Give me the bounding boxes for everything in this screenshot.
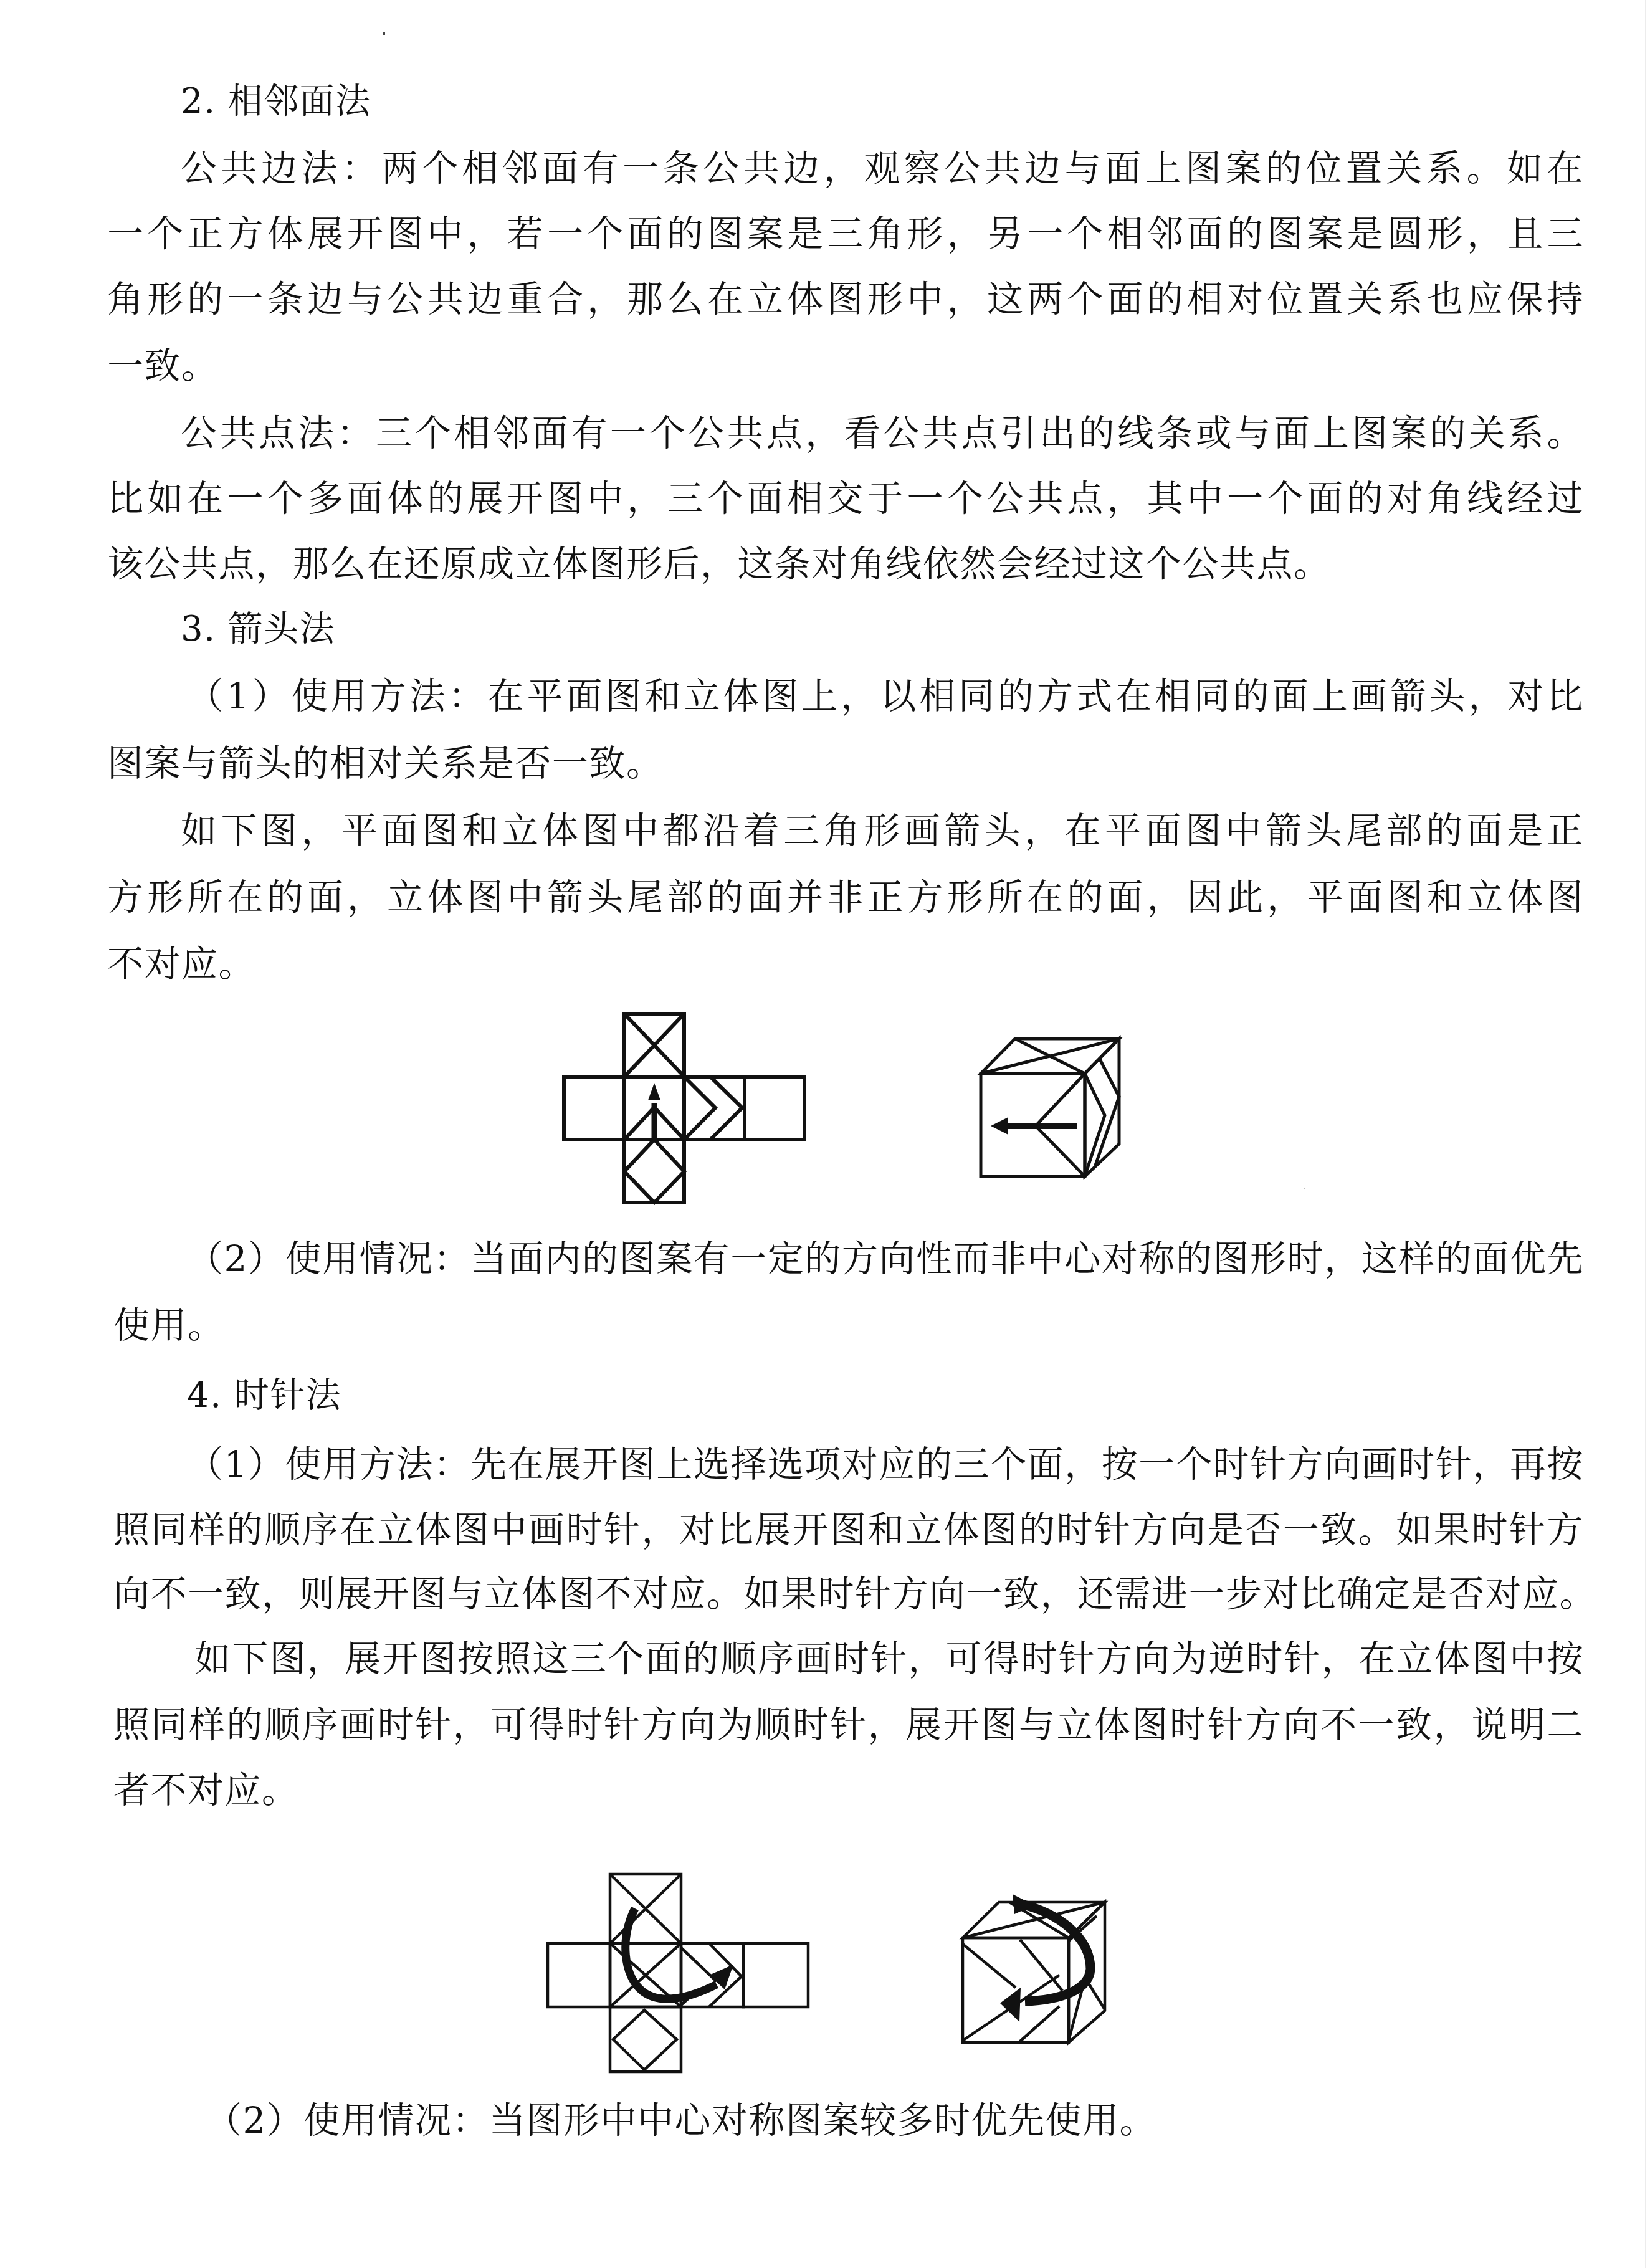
section-heading-adjacent-face: 2. 相邻面法 — [181, 80, 1584, 123]
paragraph-arrow-usage-line: 图案与箭头的相对关系是否一致。 — [107, 741, 1584, 785]
net-face-bottom — [624, 1140, 684, 1203]
scan-speck — [383, 32, 385, 35]
document-page: 2. 相邻面法 公共边法：两个相邻面有一条公共边，观察公共边与面上图案的位置关系… — [0, 0, 1650, 2268]
paragraph-common-edge-line: 一个正方体展开图中，若一个面的图案是三角形，另一个相邻面的图案是圆形，且三 — [107, 212, 1584, 255]
paragraph-clock-example-line: 照同样的顺序画时针，可得时针方向为顺时针，展开图与立体图时针方向不一致，说明二 — [113, 1703, 1584, 1746]
section-heading-arrow-method: 3. 箭头法 — [181, 607, 1584, 651]
paragraph-clock-example-line: 者不对应。 — [113, 1768, 1590, 1812]
net-face-left — [564, 1077, 624, 1140]
scan-speck — [1304, 1188, 1305, 1189]
paragraph-arrow-example-line: 如下图，平面图和立体图中都沿着三角形画箭头，在平面图中箭头尾部的面是正 — [181, 809, 1584, 852]
paragraph-arrow-example-line: 方形所在的面，立体图中箭头尾部的面并非正方形所在的面，因此，平面图和立体图 — [107, 875, 1584, 919]
paragraph-common-edge-line: 公共边法：两个相邻面有一条公共边，观察公共边与面上图案的位置关系。如在 — [181, 146, 1584, 190]
paragraph-arrow-case-line: （2）使用情况：当面内的图案有一定的方向性而非中心对称的图形时，这样的面优先 — [187, 1237, 1584, 1280]
section-heading-clock-method: 4. 时针法 — [187, 1374, 1590, 1417]
page-edge — [1645, 0, 1646, 2268]
paragraph-clock-usage-line: 向不一致，则展开图与立体图不对应。如果时针方向一致，还需进一步对比确定是否对应。 — [113, 1572, 1584, 1616]
paragraph-arrow-case-line: 使用。 — [113, 1303, 1590, 1347]
paragraph-common-point-line: 该公共点，那么在还原成立体图形后，这条对角线依然会经过这个公共点。 — [107, 542, 1584, 586]
paragraph-clock-example-line: 如下图，展开图按照这三个面的顺序画时针，可得时针方向为逆时针，在立体图中按 — [194, 1637, 1584, 1680]
paragraph-clock-usage-line: 照同样的顺序在立体图中画时针，对比展开图和立体图的时针方向是否一致。如果时针方 — [113, 1508, 1584, 1551]
paragraph-arrow-example-line: 不对应。 — [107, 942, 1584, 986]
paragraph-arrow-usage-line: （1）使用方法：在平面图和立体图上，以相同的方式在相同的面上画箭头，对比 — [187, 674, 1584, 718]
net-face-top — [624, 1014, 684, 1077]
net-face-right1 — [684, 1077, 745, 1140]
paragraph-clock-case-line: （2）使用情况：当图形中中心对称图案较多时优先使用。 — [206, 2099, 1650, 2142]
paragraph-common-point-line: 比如在一个多面体的展开图中，三个面相交于一个公共点，其中一个面的对角线经过 — [107, 477, 1584, 520]
net-face-center — [624, 1077, 684, 1140]
paragraph-clock-usage-line: （1）使用方法：先在展开图上选择选项对应的三个面，按一个时针方向画时针，再按 — [187, 1442, 1584, 1486]
net-face-right2 — [745, 1077, 804, 1140]
paragraph-common-edge-line: 角形的一条边与公共边重合，那么在立体图形中，这两个面的相对位置关系也应保持 — [107, 277, 1584, 321]
paragraph-common-point-line: 公共点法：三个相邻面有一个公共点，看公共点引出的线条或与面上图案的关系。 — [181, 411, 1584, 455]
paragraph-common-edge-line: 一致。 — [107, 344, 1584, 388]
